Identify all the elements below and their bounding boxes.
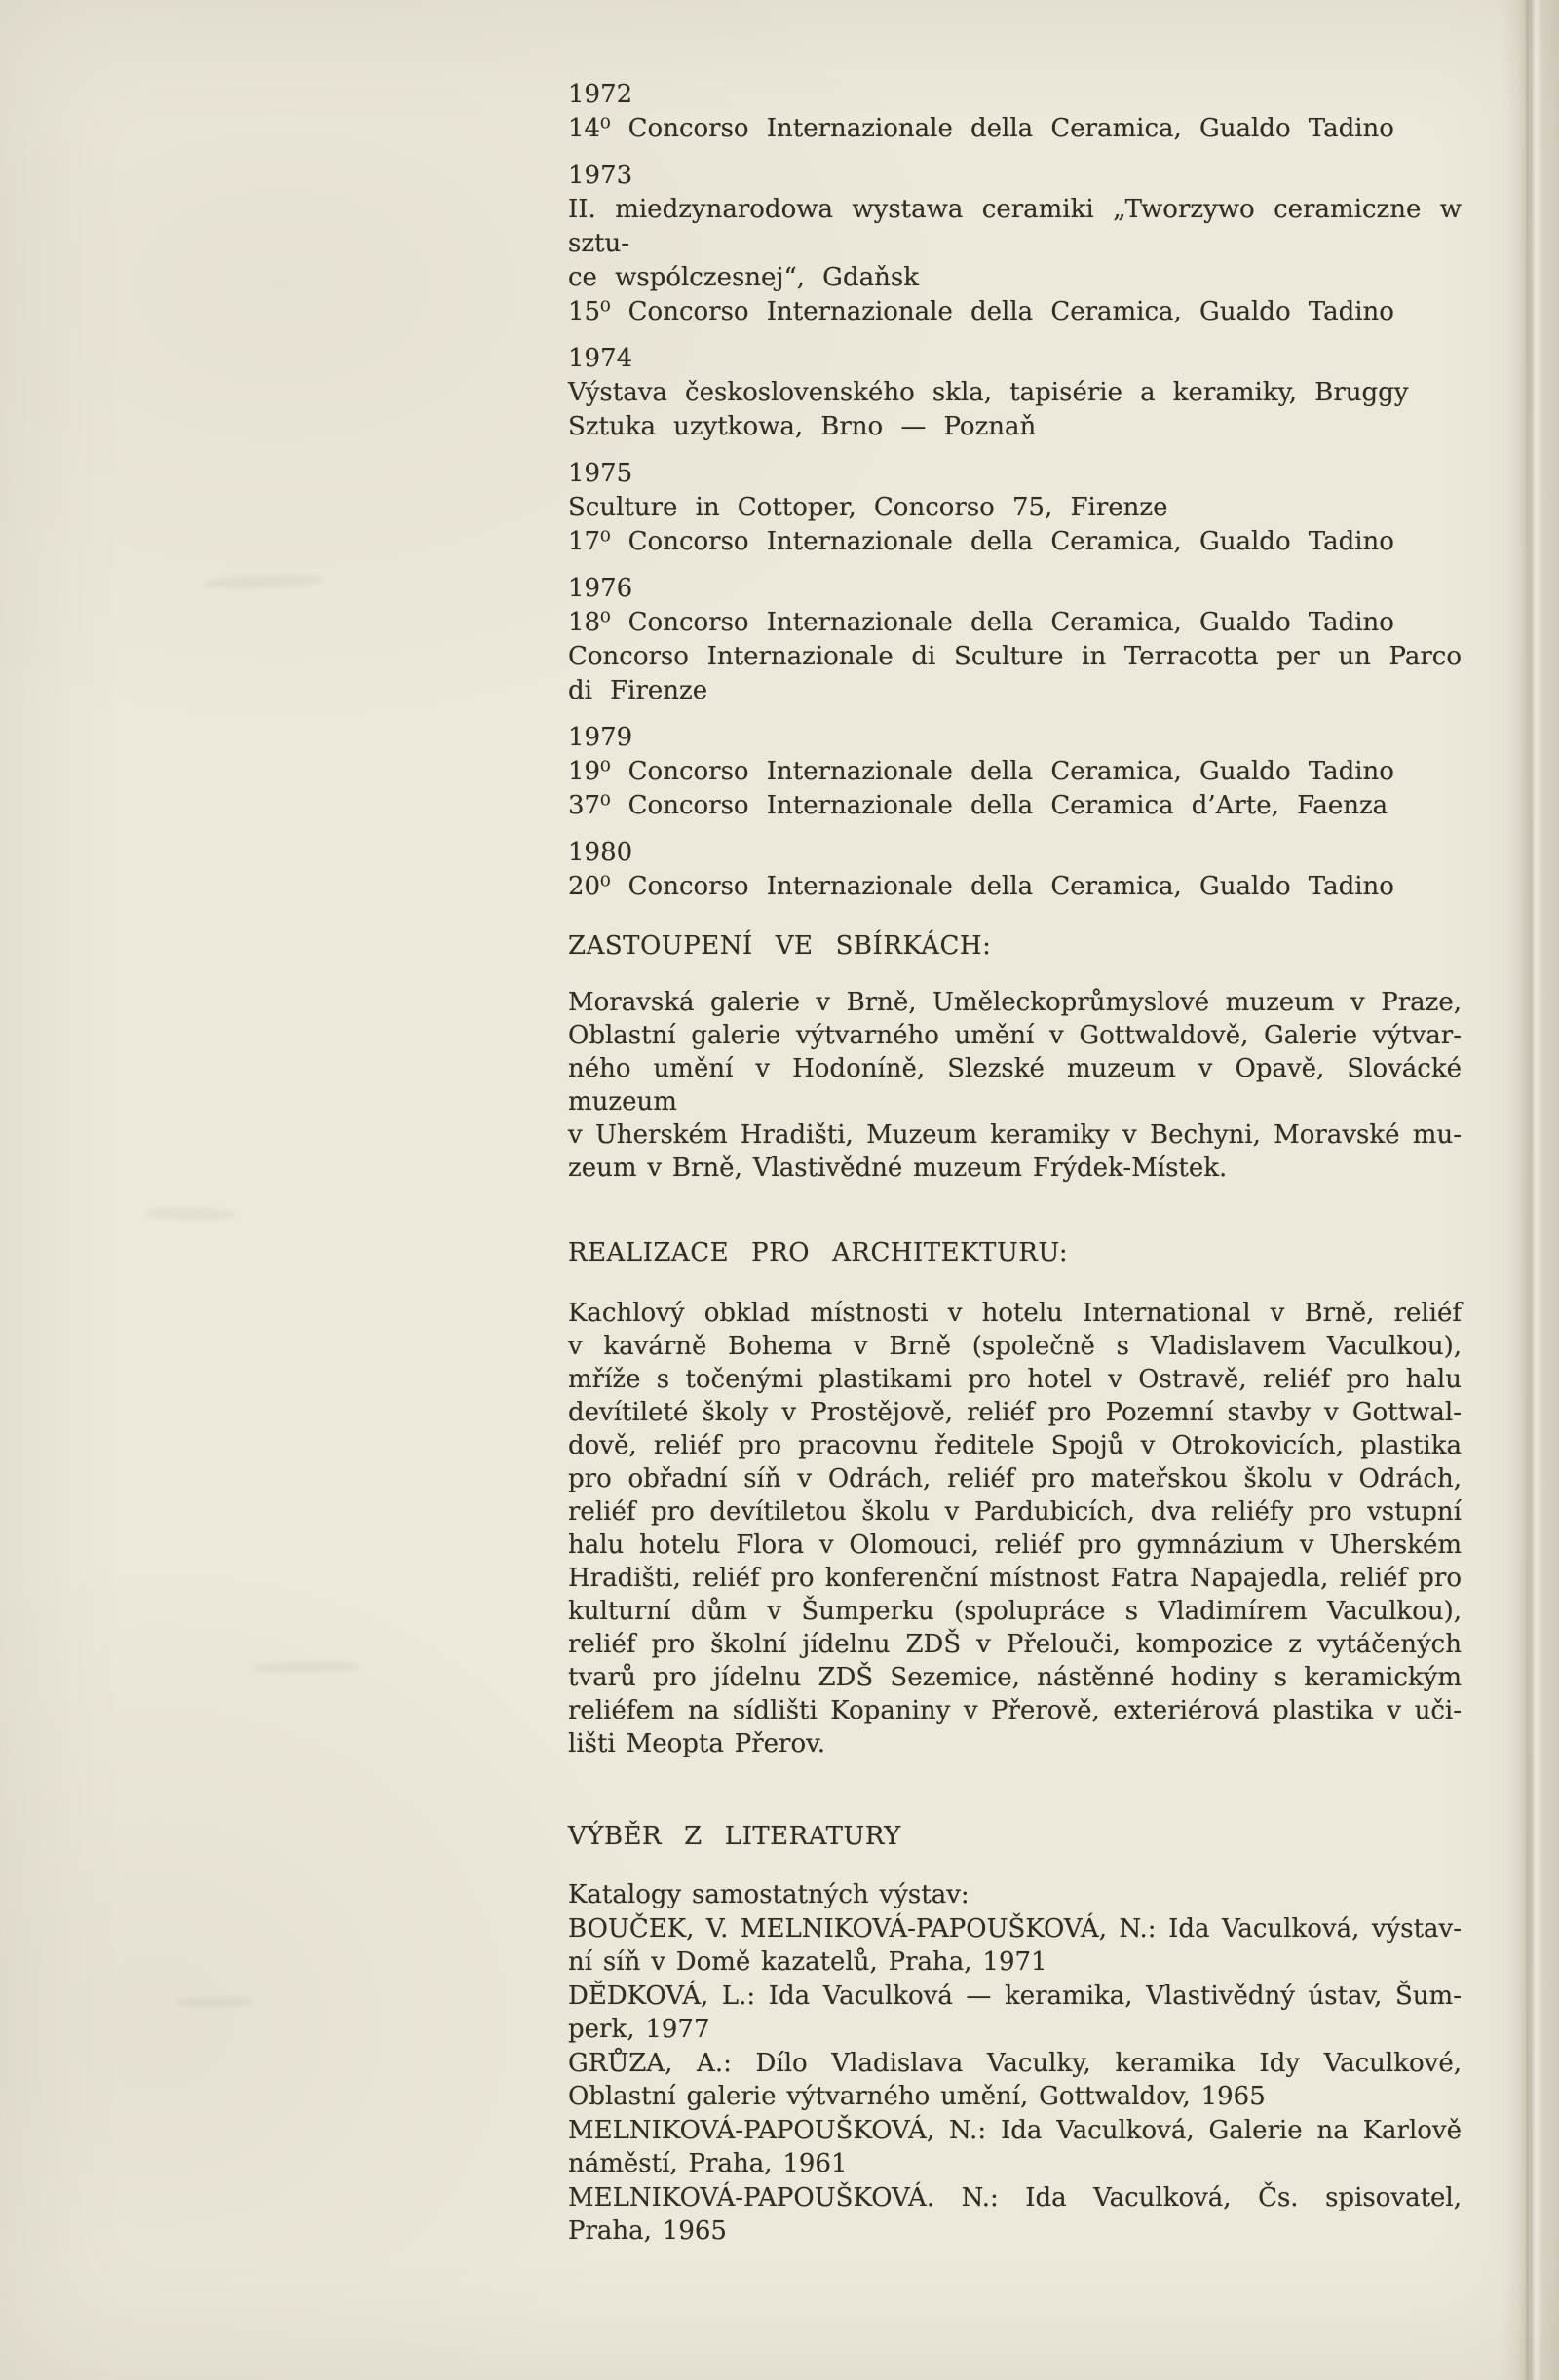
exhibition-entry: 197214⁰ Concorso Internazionale della Ce… xyxy=(568,78,1462,146)
exhibition-line: Sculture in Cottoper, Concorso 75, Firen… xyxy=(568,491,1462,525)
exhibition-entry: 197618⁰ Concorso Internazionale della Ce… xyxy=(568,572,1462,708)
section-body: Kachlový obklad místnosti v hotelu Inter… xyxy=(568,1297,1462,1760)
exhibition-line: 15⁰ Concorso Internazionale della Cerami… xyxy=(568,295,1462,329)
scan-artifact xyxy=(253,1660,361,1674)
exhibition-line: ce wspólczesnej“, Gdaňsk xyxy=(568,261,1462,295)
scanned-book-page: 197214⁰ Concorso Internazionale della Ce… xyxy=(0,0,1559,2380)
text-line: devítileté školy v Prostějově, reliéf pr… xyxy=(568,1396,1462,1429)
exhibition-line: 14⁰ Concorso Internazionale della Cerami… xyxy=(568,112,1462,146)
exhibition-line: Sztuka uzytkowa, Brno — Poznaň xyxy=(568,410,1462,444)
exhibition-list: 197214⁰ Concorso Internazionale della Ce… xyxy=(568,78,1462,904)
headed-sections: ZASTOUPENÍ VE SBÍRKÁCH:Moravská galerie … xyxy=(568,929,1462,2248)
page-edge-shadow xyxy=(1501,0,1559,2380)
text-line: Kachlový obklad místnosti v hotelu Inter… xyxy=(568,1297,1462,1330)
text-line: Katalogy samostatných výstav: xyxy=(568,1878,1462,1912)
text-line: MELNIKOVÁ-PAPOUŠKOVÁ, N.: Ida Vaculková,… xyxy=(568,2114,1462,2148)
text-line: perk, 1977 xyxy=(568,2013,1462,2047)
exhibition-line: Concorso Internazionale di Sculture in T… xyxy=(568,640,1462,674)
exhibition-entry: 1974Výstava československého skla, tapis… xyxy=(568,342,1462,444)
text-line: náměstí, Praha, 1961 xyxy=(568,2147,1462,2181)
text-line: tvarů pro jídelnu ZDŠ Sezemice, nástěnné… xyxy=(568,1661,1462,1694)
section-collections: ZASTOUPENÍ VE SBÍRKÁCH:Moravská galerie … xyxy=(568,929,1462,1185)
text-line: ní síň v Domě kazatelů, Praha, 1971 xyxy=(568,1946,1462,1980)
exhibition-line: 20⁰ Concorso Internazionale della Cerami… xyxy=(568,870,1462,904)
text-line: halu hotelu Flora v Olomouci, reliéf pro… xyxy=(568,1529,1462,1562)
text-line: reliéfem na sídlišti Kopaniny v Přerově,… xyxy=(568,1694,1462,1727)
text-line: BOUČEK, V. MELNIKOVÁ-PAPOUŠKOVÁ, N.: Ida… xyxy=(568,1912,1462,1946)
exhibition-year-label: 1979 xyxy=(568,721,1462,755)
text-line: DĚDKOVÁ, L.: Ida Vaculková — keramika, V… xyxy=(568,1980,1462,2014)
exhibition-year-label: 1976 xyxy=(568,572,1462,606)
section-architecture: REALIZACE PRO ARCHITEKTURU:Kachlový obkl… xyxy=(568,1236,1462,1760)
exhibition-year-label: 1973 xyxy=(568,159,1462,193)
text-line: Moravská galerie v Brně, Uměleckoprůmysl… xyxy=(568,986,1462,1019)
section-heading: ZASTOUPENÍ VE SBÍRKÁCH: xyxy=(568,929,1462,963)
text-line: ného umění v Hodoníně, Slezské muzeum v … xyxy=(568,1052,1462,1118)
text-line: mříže s točenými plastikami pro hotel v … xyxy=(568,1363,1462,1396)
scan-artifact xyxy=(205,573,322,590)
exhibition-year-label: 1974 xyxy=(568,342,1462,376)
text-line: Oblastní galerie výtvarného umění v Gott… xyxy=(568,1019,1462,1052)
page-edge-line xyxy=(1526,0,1529,2380)
text-line: dově, reliéf pro pracovnu ředitele Spojů… xyxy=(568,1429,1462,1462)
section-heading: VÝBĚR Z LITERATURY xyxy=(568,1820,1462,1854)
exhibition-line: 37⁰ Concorso Internazionale della Cerami… xyxy=(568,789,1462,823)
text-line: v kavárně Bohema v Brně (společně s Vlad… xyxy=(568,1330,1462,1363)
text-line: Oblastní galerie výtvarného umění, Gottw… xyxy=(568,2080,1462,2114)
text-line: pro obřadní síň v Odrách, reliéf pro mat… xyxy=(568,1462,1462,1495)
text-line: reliéf pro devítiletou školu v Pardubicí… xyxy=(568,1495,1462,1529)
scan-artifact xyxy=(146,1207,234,1221)
exhibition-entry: 1973II. miedzynarodowa wystawa ceramiki … xyxy=(568,159,1462,329)
exhibition-line: di Firenze xyxy=(568,674,1462,708)
exhibition-line: Výstava československého skla, tapisérie… xyxy=(568,376,1462,410)
text-line: reliéf pro školní jídelnu ZDŠ v Přelouči… xyxy=(568,1628,1462,1661)
text-line: v Uherském Hradišti, Muzeum keramiky v B… xyxy=(568,1118,1462,1152)
text-line: lišti Meopta Přerov. xyxy=(568,1727,1462,1760)
text-line: Praha, 1965 xyxy=(568,2214,1462,2248)
scan-artifact xyxy=(175,1997,253,2007)
text-line: kulturní dům v Šumperku (spolupráce s Vl… xyxy=(568,1595,1462,1628)
text-line: GRŮZA, A.: Dílo Vladislava Vaculky, kera… xyxy=(568,2047,1462,2081)
exhibition-entry: 198020⁰ Concorso Internazionale della Ce… xyxy=(568,836,1462,904)
text-line: Hradišti, reliéf pro konferenční místnos… xyxy=(568,1562,1462,1595)
exhibition-line: II. miedzynarodowa wystawa ceramiki „Two… xyxy=(568,193,1462,261)
exhibition-year-label: 1975 xyxy=(568,457,1462,491)
exhibition-line: 18⁰ Concorso Internazionale della Cerami… xyxy=(568,606,1462,640)
text-line: zeum v Brně, Vlastivědné muzeum Frýdek-M… xyxy=(568,1152,1462,1185)
section-heading: REALIZACE PRO ARCHITEKTURU: xyxy=(568,1236,1462,1270)
section-literature: VÝBĚR Z LITERATURYKatalogy samostatných … xyxy=(568,1820,1462,2248)
exhibition-entry: 197919⁰ Concorso Internazionale della Ce… xyxy=(568,721,1462,823)
section-body: Katalogy samostatných výstav:BOUČEK, V. … xyxy=(568,1878,1462,2248)
exhibition-line: 17⁰ Concorso Internazionale della Cerami… xyxy=(568,525,1462,559)
exhibition-line: 19⁰ Concorso Internazionale della Cerami… xyxy=(568,755,1462,789)
exhibition-year-label: 1972 xyxy=(568,78,1462,112)
exhibition-entry: 1975Sculture in Cottoper, Concorso 75, F… xyxy=(568,457,1462,559)
section-body: Moravská galerie v Brně, Uměleckoprůmysl… xyxy=(568,986,1462,1185)
text-line: MELNIKOVÁ-PAPOUŠKOVÁ. N.: Ida Vaculková,… xyxy=(568,2181,1462,2215)
exhibition-year-label: 1980 xyxy=(568,836,1462,870)
text-block: 197214⁰ Concorso Internazionale della Ce… xyxy=(568,78,1462,2248)
